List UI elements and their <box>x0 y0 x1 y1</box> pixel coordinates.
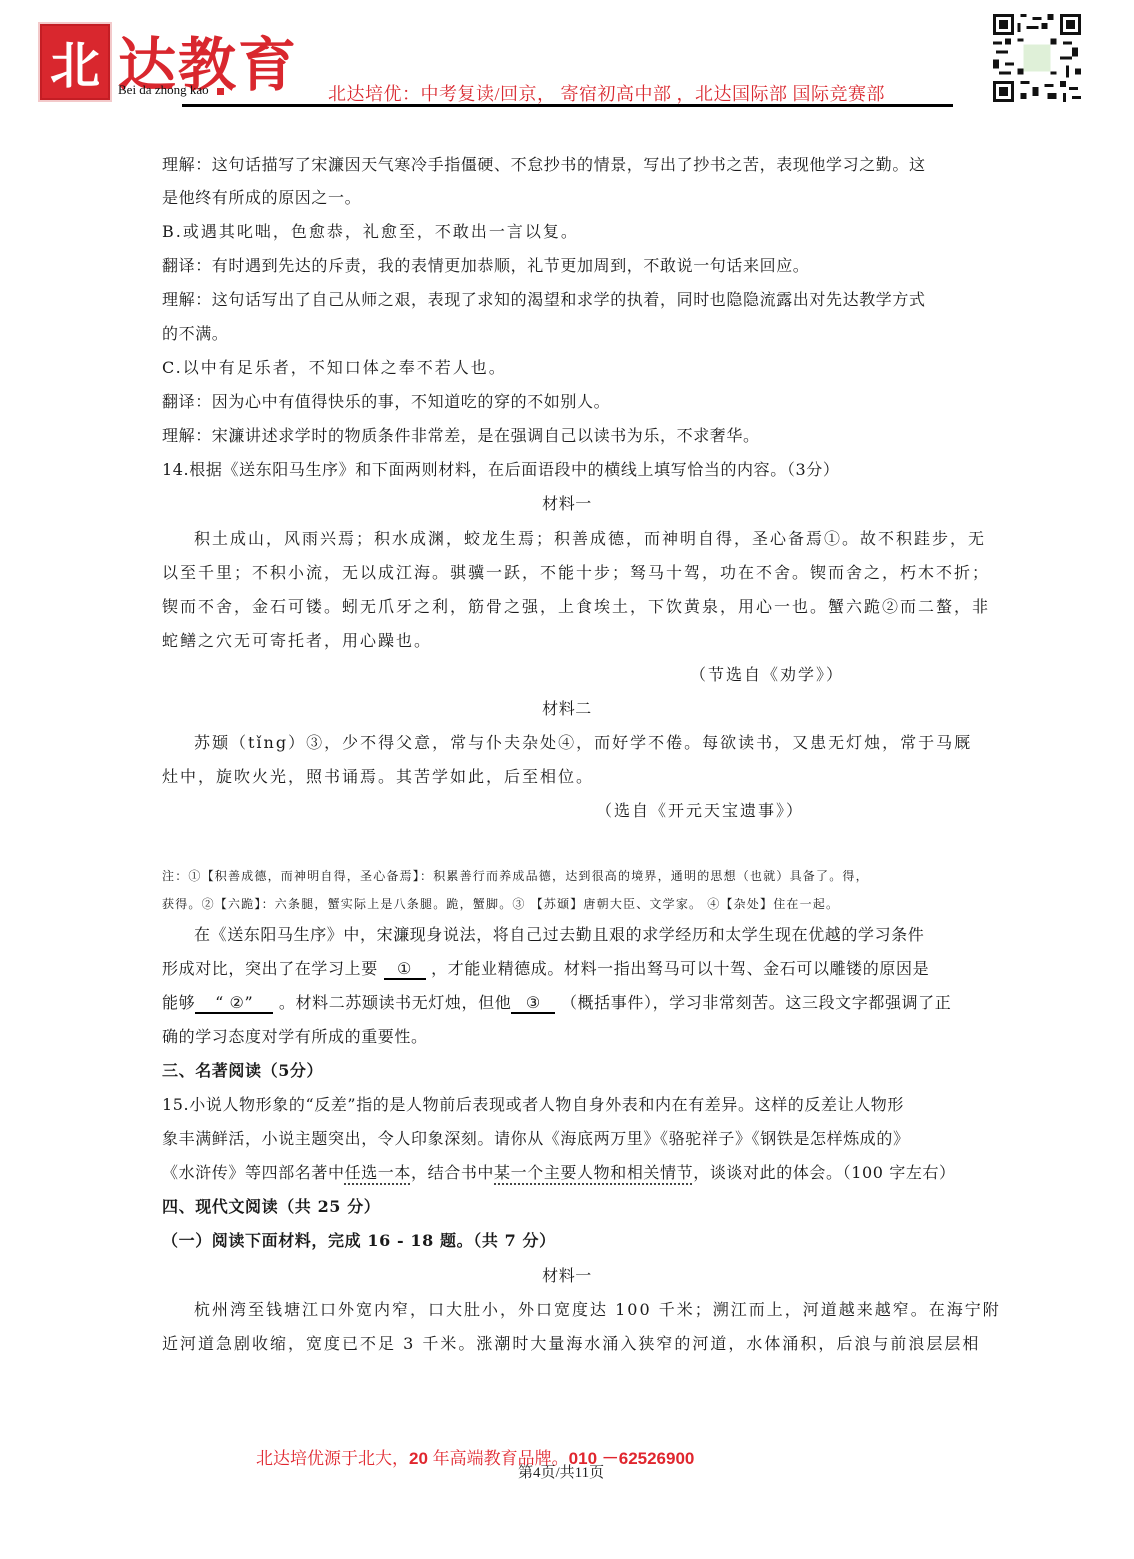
material1-title: 材料一 <box>0 494 1134 514</box>
material2-source: （选自《开元天宝遗事》） <box>596 801 804 821</box>
material1-text: 锲而不舍，金石可镂。蚓无爪牙之利，筋骨之强，上食埃土，下饮黄泉，用心一也。蟹六跪… <box>162 597 990 617</box>
logo-mark: 北 <box>40 24 110 100</box>
footer-slogan: 北达培优源于北大，20 年高端教育品牌。010 －62526900 <box>256 1444 694 1469</box>
text-line: 理解：这句话写出了自己从师之艰，表现了求知的渴望和求学的执着，同时也隐隐流露出对… <box>162 290 926 310</box>
reading-text: 近河道急剧收缩，宽度已不足 3 千米。涨潮时大量海水涌入狭窄的河道，水体涌积，后… <box>162 1334 980 1354</box>
fill-paragraph-line: 确的学习态度对学有所成的重要性。 <box>162 1027 428 1047</box>
blank-1[interactable]: ① <box>384 960 426 980</box>
footnote: 获得。②【六跪】：六条腿，蟹实际上是八条腿。跪，蟹脚。③ 【苏颋】唐朝大臣、文学… <box>162 894 839 914</box>
text: 20 <box>409 1449 428 1468</box>
text-line: 理解：宋濂讲述求学时的物质条件非常差，是在强调自己以读书为乐，不求奢华。 <box>162 426 760 446</box>
text: 北达培优源于北大， <box>256 1449 409 1468</box>
emphasis-text: 某一个主要人物和相关情节 <box>494 1163 693 1182</box>
text-line: 的不满。 <box>162 324 228 344</box>
section-heading: 三、名著阅读（5分） <box>162 1061 323 1081</box>
material1-text: 蛇鳝之穴无可寄托者，用心躁也。 <box>162 631 432 651</box>
question-14: 14.根据《送东阳马生序》和下面两则材料，在后面语段中的横线上填写恰当的内容。（… <box>162 460 839 480</box>
question-15: 《水浒传》等四部名著中任选一本，结合书中某一个主要人物和相关情节，谈谈对此的体会… <box>162 1163 956 1183</box>
qr-code-icon <box>993 14 1081 102</box>
question-15: 象丰满鲜活，小说主题突出，令人印象深刻。请你从《海底两万里》《骆驼祥子》《钢铁是… <box>162 1129 910 1149</box>
material2-text: 灶中，旋吹火光，照书诵焉。其苦学如此，后至相位。 <box>162 767 594 787</box>
material1-title: 材料一 <box>0 1266 1134 1286</box>
material2-text: 苏颋（tǐng）③，少不得父意，常与仆夫杂处④，而好学不倦。每欲读书，又患无灯烛… <box>194 733 972 753</box>
logo-subtitle: Bei da zhong kao <box>118 82 224 98</box>
sub-heading: （一）阅读下面材料，完成 16 - 18 题。（共 7 分） <box>162 1231 556 1251</box>
fill-paragraph-line: 能够“ ②” 。材料二苏颋读书无灯烛，但他③ （概括事件），学习非常刻苦。这三段… <box>162 993 951 1014</box>
text-line: 翻译：因为心中有值得快乐的事，不知道吃的穿的不如别人。 <box>162 392 610 412</box>
text: 《水浒传》等四部名著中 <box>162 1163 345 1182</box>
text-line: 是他终有所成的原因之一。 <box>162 188 361 208</box>
logo-subtitle-text: Bei da zhong kao <box>118 82 209 97</box>
material1-text: 积土成山，风雨兴焉；积水成渊，蛟龙生焉；积善成德，而神明自得，圣心备焉①。故不积… <box>194 529 986 549</box>
page-indicator: 第4页/共11页 <box>518 1461 604 1482</box>
text: ，结合书中 <box>411 1163 494 1182</box>
text-line: 翻译：有时遇到先达的斥责，我的表情更加恭顺，礼节更加周到，不敢说一句话来回应。 <box>162 256 809 276</box>
square-icon <box>217 88 224 95</box>
reading-text: 杭州湾至钱塘江口外宽内窄，口大肚小，外口宽度达 100 千米；溯江而上，河道越来… <box>194 1300 1001 1320</box>
header-divider <box>182 104 953 107</box>
blank-2[interactable]: “ ②” <box>195 994 273 1014</box>
text: ，谈谈对此的体会。（100 字左右） <box>693 1163 955 1182</box>
material2-title: 材料二 <box>0 699 1134 719</box>
text: 能够 <box>162 993 195 1012</box>
header-slogan: 北达培优：中考复读/回京， 寄宿初高中部 ，北达国际部 国际竞赛部 <box>328 80 885 106</box>
option-b: B.或遇其叱咄，色愈恭，礼愈至，不敢出一言以复。 <box>162 222 579 242</box>
text: ，才能业精德成。材料一指出驽马可以十驾、金石可以雕镂的原因是 <box>426 959 930 978</box>
text: 形成对比，突出了在学习上要 <box>162 959 384 978</box>
fill-paragraph-line: 在《送东阳马生序》中，宋濂现身说法，将自己过去勤且艰的求学经历和太学生现在优越的… <box>194 925 924 945</box>
material1-text: 以至千里；不积小流，无以成江海。骐骥一跃，不能十步；驽马十驾，功在不舍。锲而舍之… <box>162 563 990 583</box>
blank-3[interactable]: ③ <box>511 994 555 1014</box>
option-c: C.以中有足乐者，不知口体之奉不若人也。 <box>162 358 507 378</box>
text: 。材料二苏颋读书无灯烛，但他 <box>273 993 511 1012</box>
question-15: 15.小说人物形象的“反差”指的是人物前后表现或者人物自身外表和内在有差异。这样… <box>162 1095 904 1115</box>
emphasis-text: 任选一本 <box>345 1163 411 1182</box>
footnote: 注：①【积善成德，而神明自得，圣心备焉】：积累善行而养成品德，达到很高的境界，通… <box>162 866 869 886</box>
text-line: 理解：这句话描写了宋濂因天气寒冷手指僵硬、不怠抄书的情景，写出了抄书之苦，表现他… <box>162 155 926 175</box>
text: （概括事件），学习非常刻苦。这三段文字都强调了正 <box>555 993 951 1012</box>
fill-paragraph-line: 形成对比，突出了在学习上要 ① ，才能业精德成。材料一指出驽马可以十驾、金石可以… <box>162 959 929 980</box>
section-heading: 四、现代文阅读（共 25 分） <box>162 1197 380 1217</box>
material1-source: （节选自《劝学》） <box>690 665 844 685</box>
